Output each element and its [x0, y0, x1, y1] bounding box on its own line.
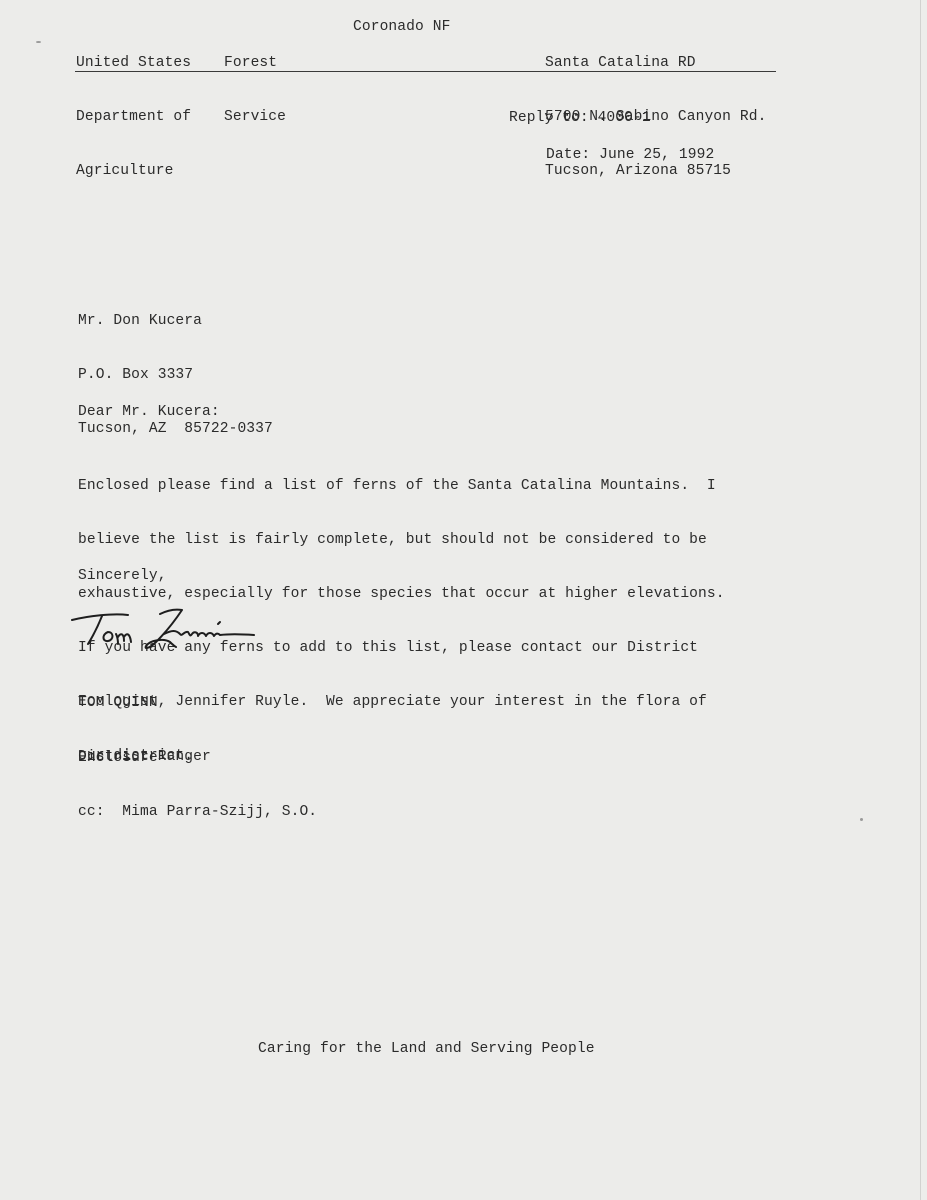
recipient-line-2: P.O. Box 3337 [78, 366, 273, 384]
enclosure-note: Enclosure [78, 749, 317, 767]
recipient-line-3: Tucson, AZ 85722-0337 [78, 420, 273, 438]
body-line: Enclosed please find a list of ferns of … [78, 477, 725, 495]
letter-page: United States Department of Agriculture … [0, 0, 921, 1200]
letterhead-forest: Coronado NF [353, 18, 450, 36]
recipient-line-1: Mr. Don Kucera [78, 312, 273, 330]
closing: Sincerely, [78, 567, 167, 585]
body-line: exhaustive, especially for those species… [78, 585, 725, 603]
scan-mark [36, 41, 41, 43]
service-line-2: Service [224, 108, 286, 126]
office-line-1: Santa Catalina RD [545, 54, 766, 72]
agency-line-3: Agriculture [76, 162, 191, 180]
agency-line-1: United States [76, 54, 191, 72]
body-line: believe the list is fairly complete, but… [78, 531, 725, 549]
handwritten-signature-icon [68, 604, 268, 656]
scan-mark [860, 818, 863, 821]
letterhead-service: Forest Service [224, 18, 286, 162]
office-line-3: Tucson, Arizona 85715 [545, 162, 766, 180]
cc-line: cc: Mima Parra-Szijj, S.O. [78, 803, 317, 821]
agency-line-2: Department of [76, 108, 191, 126]
service-line-1: Forest [224, 54, 286, 72]
letter-date: Date: June 25, 1992 [546, 146, 714, 164]
signer-name: TOM QUINN [78, 694, 211, 712]
letterhead-agency: United States Department of Agriculture [76, 18, 191, 216]
reply-to: Reply to: 4000-1 [509, 109, 651, 127]
enclosure-block: Enclosure cc: Mima Parra-Szijj, S.O. [78, 713, 317, 857]
footer-motto: Caring for the Land and Serving People [258, 1040, 595, 1058]
letterhead-rule [75, 71, 776, 72]
salutation: Dear Mr. Kucera: [78, 403, 220, 421]
